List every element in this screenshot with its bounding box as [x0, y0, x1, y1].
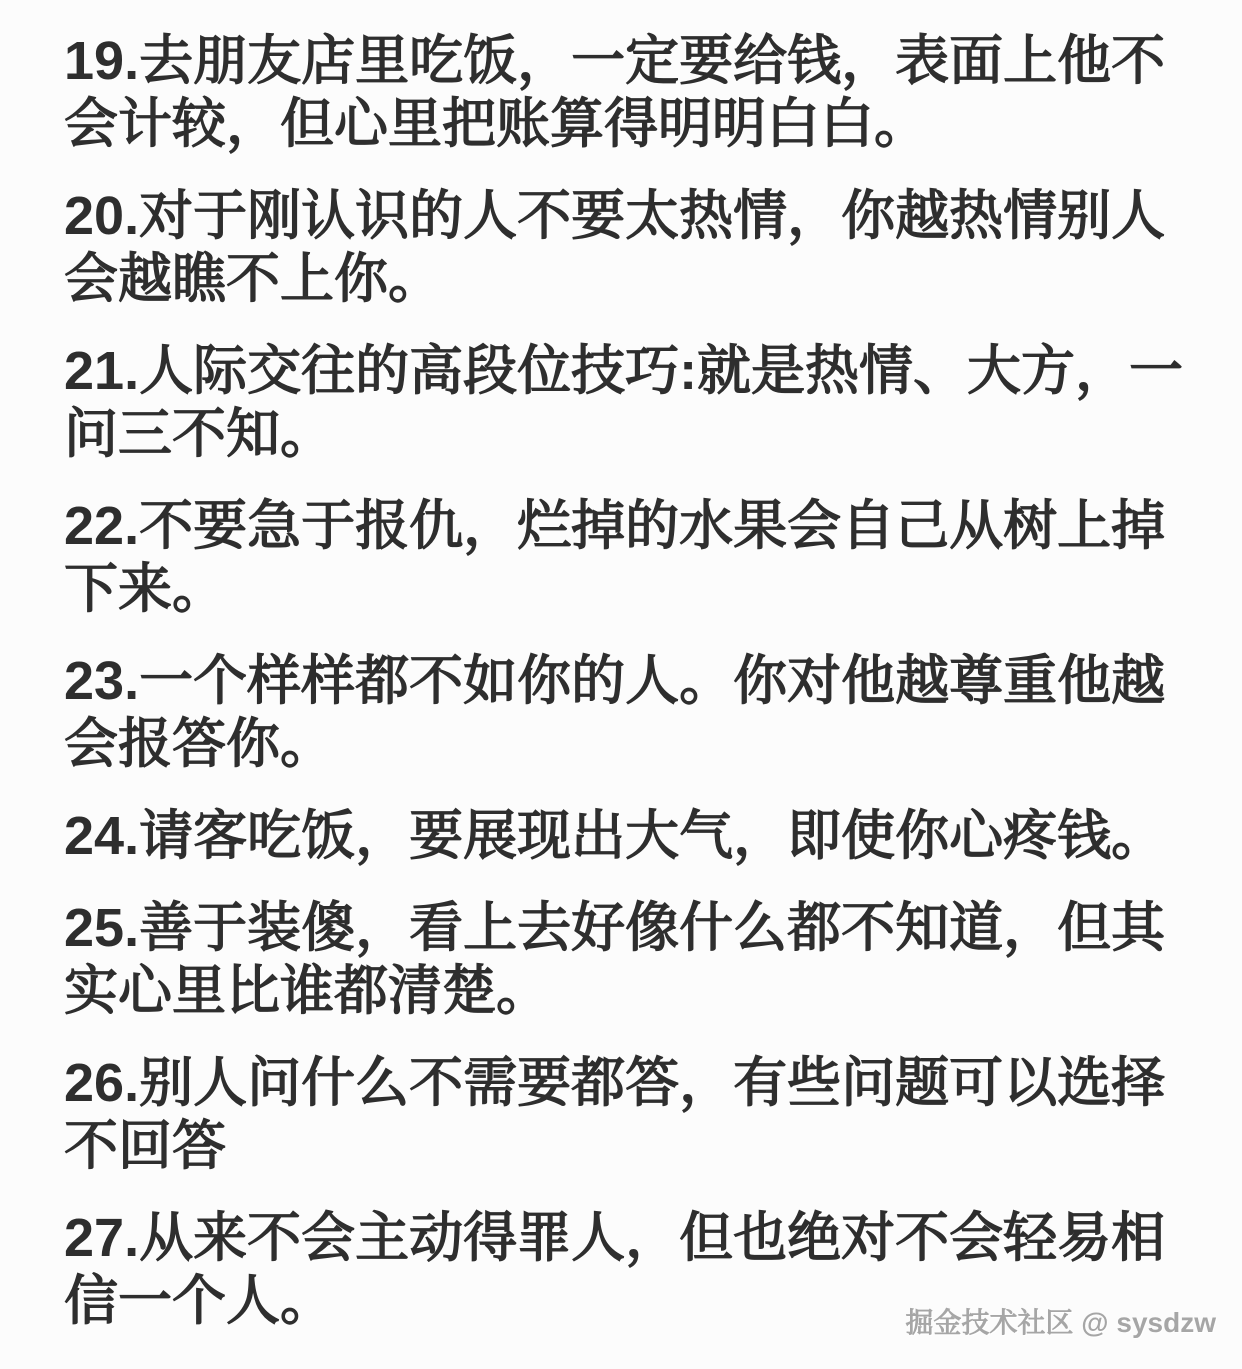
tip-19: 19.去朋友店里吃饭，一定要给钱，表面上他不会计较，但心里把账算得明明白白。	[64, 30, 1186, 156]
tip-21: 21.人际交往的高段位技巧:就是热情、大方，一问三不知。	[64, 340, 1186, 466]
tip-20: 20.对于刚认识的人不要太热情，你越热情别人会越瞧不上你。	[64, 185, 1186, 311]
watermark: 掘金技术社区 @ sysdzw	[906, 1307, 1216, 1339]
tip-22: 22.不要急于报仇，烂掉的水果会自己从树上掉下来。	[64, 495, 1186, 621]
tip-24: 24.请客吃饭，要展现出大气，即使你心疼钱。	[64, 805, 1186, 868]
tip-25: 25.善于装傻，看上去好像什么都不知道，但其实心里比谁都清楚。	[64, 897, 1186, 1023]
document-page: 19.去朋友店里吃饭，一定要给钱，表面上他不会计较，但心里把账算得明明白白。 2…	[0, 0, 1242, 1369]
tip-26: 26.别人问什么不需要都答，有些问题可以选择不回答	[64, 1052, 1186, 1178]
tip-23: 23.一个样样都不如你的人。你对他越尊重他越会报答你。	[64, 650, 1186, 776]
